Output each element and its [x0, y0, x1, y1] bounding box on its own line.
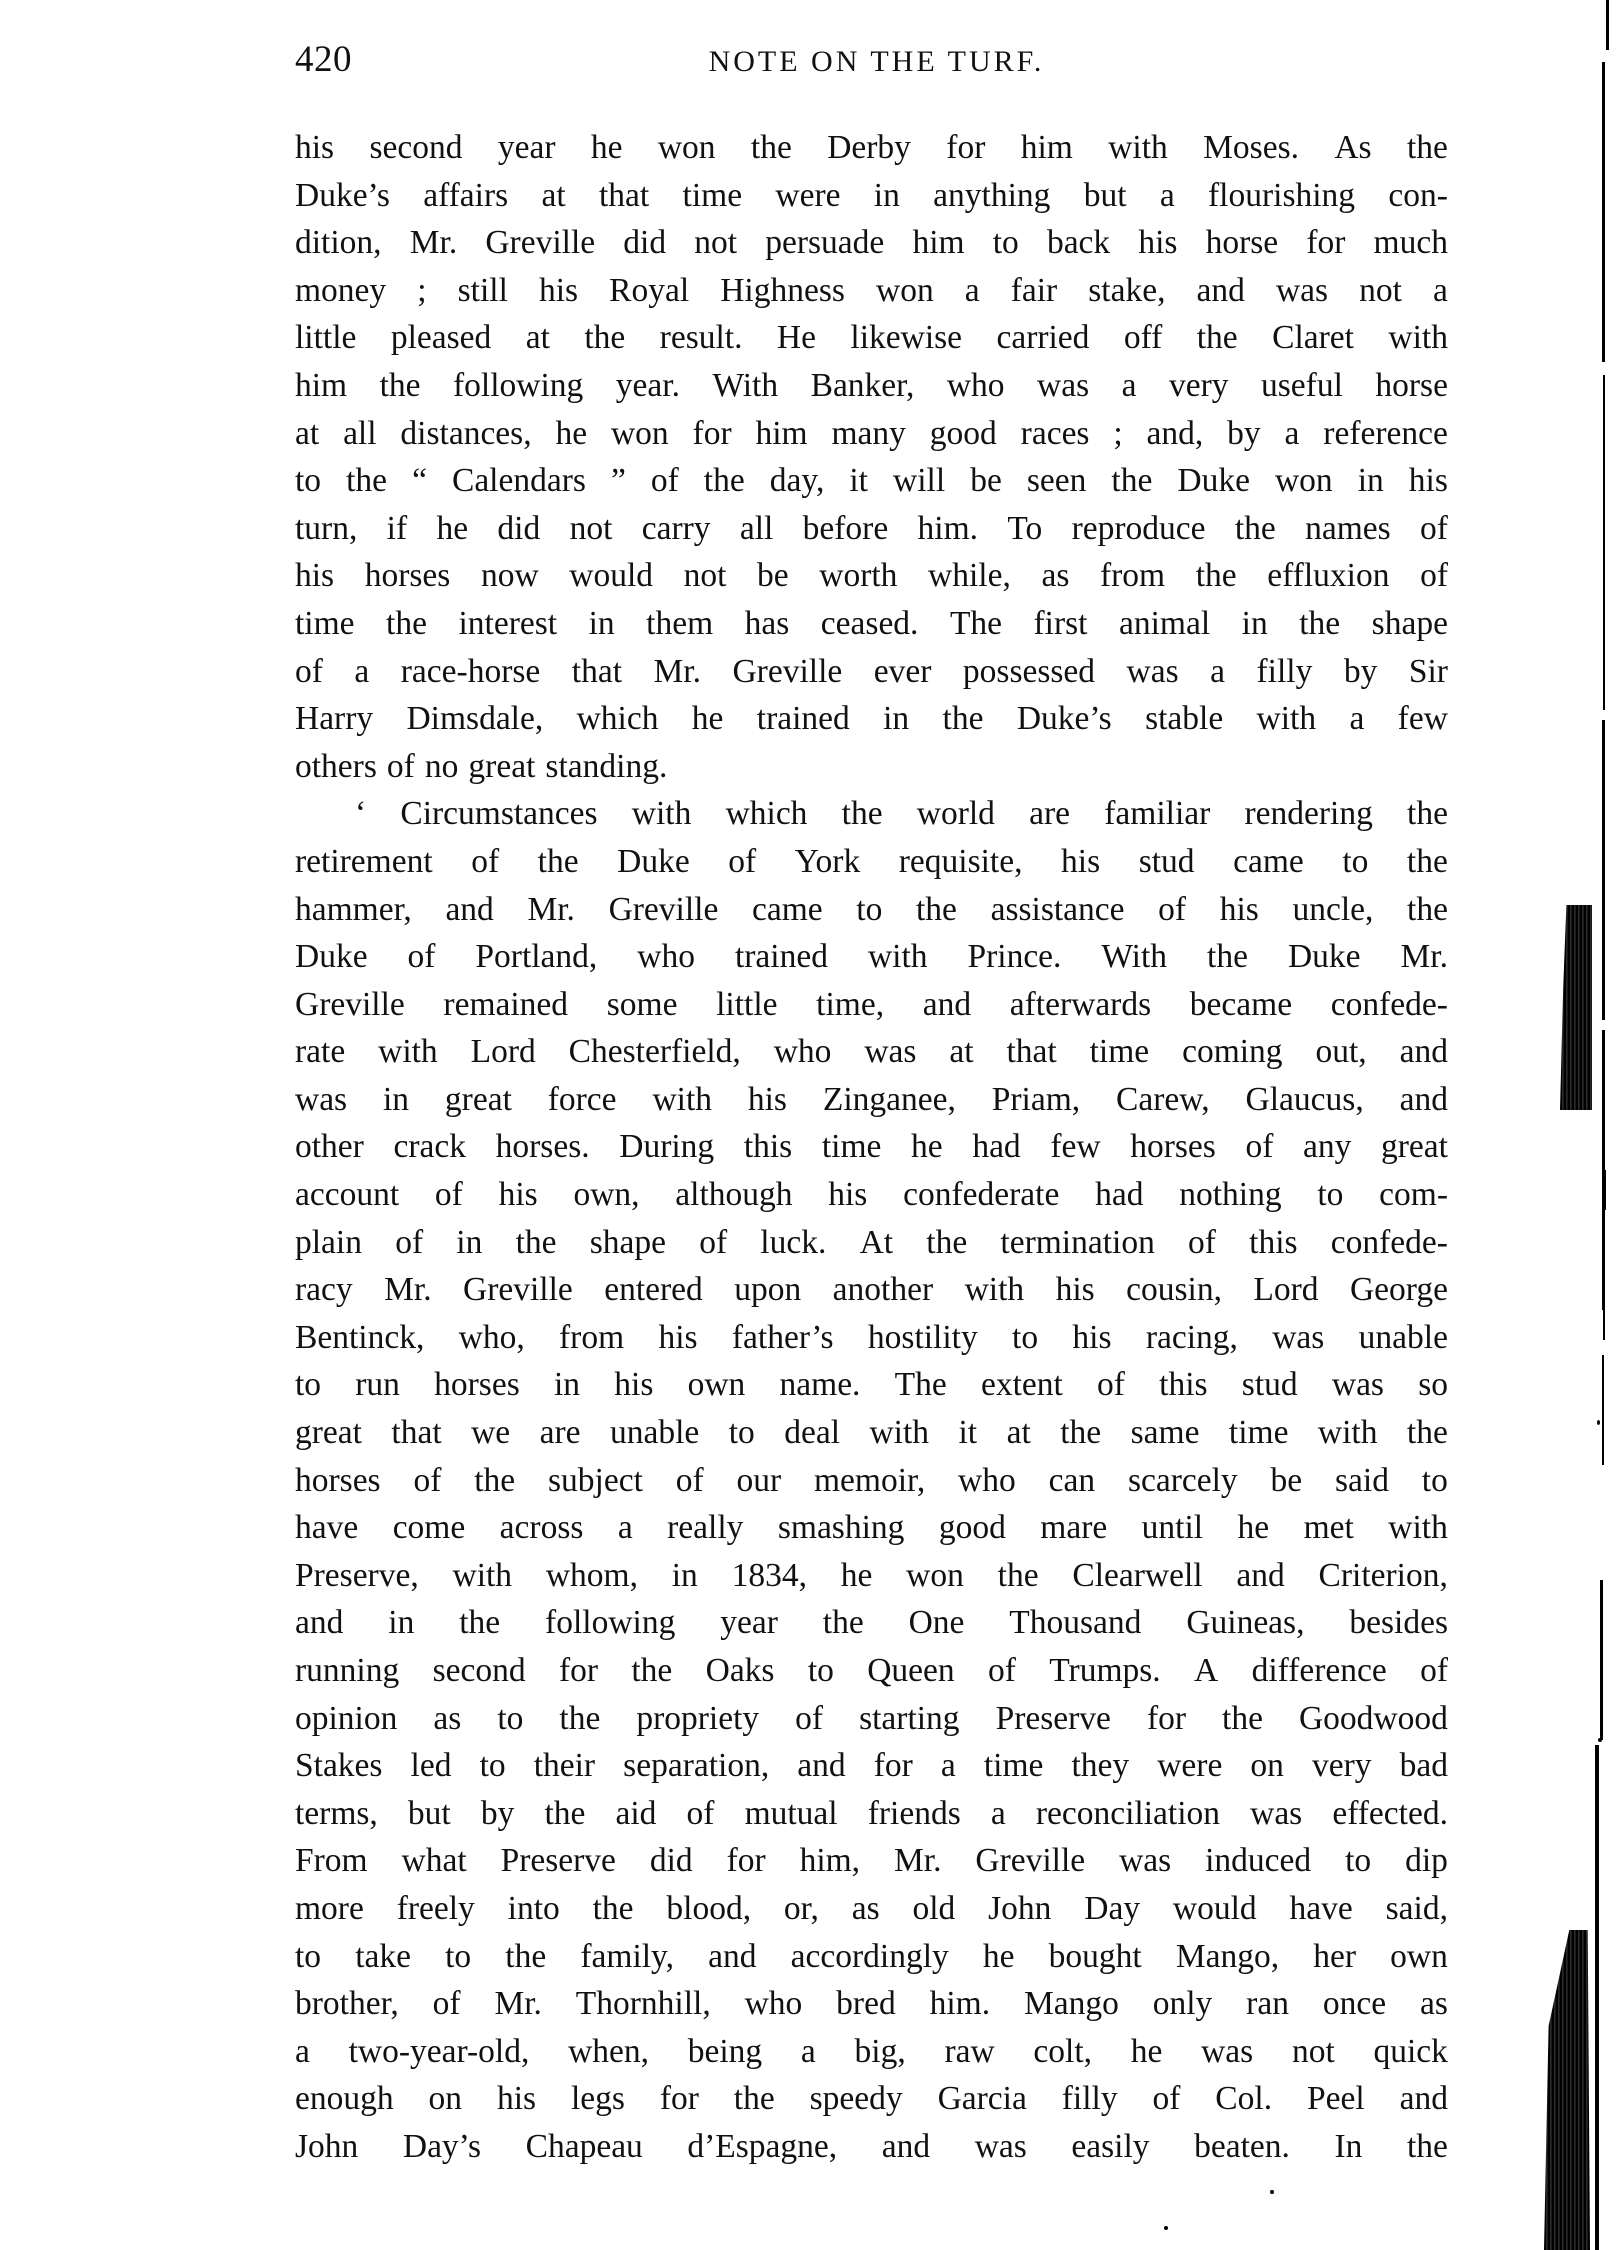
text-line: totaketothefamily,andaccordinglyhebought…	[295, 1933, 1448, 1981]
running-head: 420 NOTE ON THE TURF.	[295, 40, 1448, 80]
text-line: DukeofPortland,whotrainedwithPrince.With…	[295, 933, 1448, 981]
text-line: hissecondyearhewontheDerbyforhimwithMose…	[295, 124, 1448, 172]
text-line: tothe“Calendars”oftheday,itwillbeseenthe…	[295, 457, 1448, 505]
text-line: retirementoftheDukeofYorkrequisite,hisst…	[295, 838, 1448, 886]
text-line: wasingreatforcewithhisZinganee,Priam,Car…	[295, 1076, 1448, 1124]
running-title: NOTE ON THE TURF.	[295, 42, 1448, 82]
text-line: atalldistances,hewonforhimmanygoodraces;…	[295, 410, 1448, 458]
text-line: timetheinterestinthemhasceased.Thefirsta…	[295, 600, 1448, 648]
text-line: accountofhisown,althoughhisconfederateha…	[295, 1171, 1448, 1219]
text-line: Duke’saffairsatthattimewereinanythingbut…	[295, 172, 1448, 220]
text-line: hishorsesnowwouldnotbeworthwhile,asfromt…	[295, 552, 1448, 600]
body-text: hissecondyearhewontheDerbyforhimwithMose…	[295, 124, 1448, 2171]
text-line: Stakesledtotheirseparation,andforatimeth…	[295, 1742, 1448, 1790]
text-line: othercrackhorses.Duringthistimehehadfewh…	[295, 1123, 1448, 1171]
text-line: money;stillhisRoyalHighnesswonafairstake…	[295, 267, 1448, 315]
text-line: enoughonhislegsforthespeedyGarciafillyof…	[295, 2075, 1448, 2123]
text-line: horsesofthesubjectofourmemoir,whocanscar…	[295, 1457, 1448, 1505]
text-line: ofarace-horsethatMr.Grevilleeverpossesse…	[295, 648, 1448, 696]
text-line: hammer,andMr.Grevillecametotheassistance…	[295, 886, 1448, 934]
text-line: Grevilleremainedsomelittletime,andafterw…	[295, 981, 1448, 1029]
text-line: brother,ofMr.Thornhill,whobredhim.Mangoo…	[295, 1980, 1448, 2028]
text-line: atwo-year-old,when,beingabig,rawcolt,hew…	[295, 2028, 1448, 2076]
book-page: 420 NOTE ON THE TURF. hissecondyearhewon…	[0, 0, 1619, 2250]
text-line: havecomeacrossareallysmashinggoodmareunt…	[295, 1504, 1448, 1552]
text-line: opinionastotheproprietyofstartingPreserv…	[295, 1695, 1448, 1743]
text-line: turn,ifhedidnotcarryallbeforehim.Torepro…	[295, 505, 1448, 553]
text-line: greatthatweareunabletodealwithitatthesam…	[295, 1409, 1448, 1457]
text-line: othersofnogreatstanding.	[295, 743, 1448, 791]
text-line: JohnDay’sChapeaud’Espagne,andwaseasilybe…	[295, 2123, 1448, 2171]
text-line: plainofintheshapeofluck.Atthetermination…	[295, 1219, 1448, 1267]
text-line: Preserve,withwhom,in1834,hewontheClearwe…	[295, 1552, 1448, 1600]
text-line: racyMr.Grevilleentereduponanotherwithhis…	[295, 1266, 1448, 1314]
text-line: torunhorsesinhisownname.Theextentofthiss…	[295, 1361, 1448, 1409]
text-line: ratewithLordChesterfield,whowasatthattim…	[295, 1028, 1448, 1076]
text-line: runningsecondfortheOakstoQueenofTrumps.A…	[295, 1647, 1448, 1695]
text-line: ‘Circumstanceswithwhichtheworldarefamili…	[295, 790, 1448, 838]
text-line: FromwhatPreservedidforhim,Mr.Grevillewas…	[295, 1837, 1448, 1885]
text-line: HarryDimsdale,whichhetrainedintheDuke’ss…	[295, 695, 1448, 743]
paragraph-2: ‘Circumstanceswithwhichtheworldarefamili…	[295, 790, 1448, 2170]
text-line: dition,Mr.Grevilledidnotpersuadehimtobac…	[295, 219, 1448, 267]
text-line: andinthefollowingyeartheOneThousandGuine…	[295, 1599, 1448, 1647]
text-line: littlepleasedattheresult.Helikewisecarri…	[295, 314, 1448, 362]
text-line: terms,butbytheaidofmutualfriendsareconci…	[295, 1790, 1448, 1838]
paragraph-1: hissecondyearhewontheDerbyforhimwithMose…	[295, 124, 1448, 790]
text-line: morefreelyintotheblood,or,asoldJohnDaywo…	[295, 1885, 1448, 1933]
text-line: himthefollowingyear.WithBanker,whowasave…	[295, 362, 1448, 410]
text-line: Bentinck,who,fromhisfather’shostilitytoh…	[295, 1314, 1448, 1362]
